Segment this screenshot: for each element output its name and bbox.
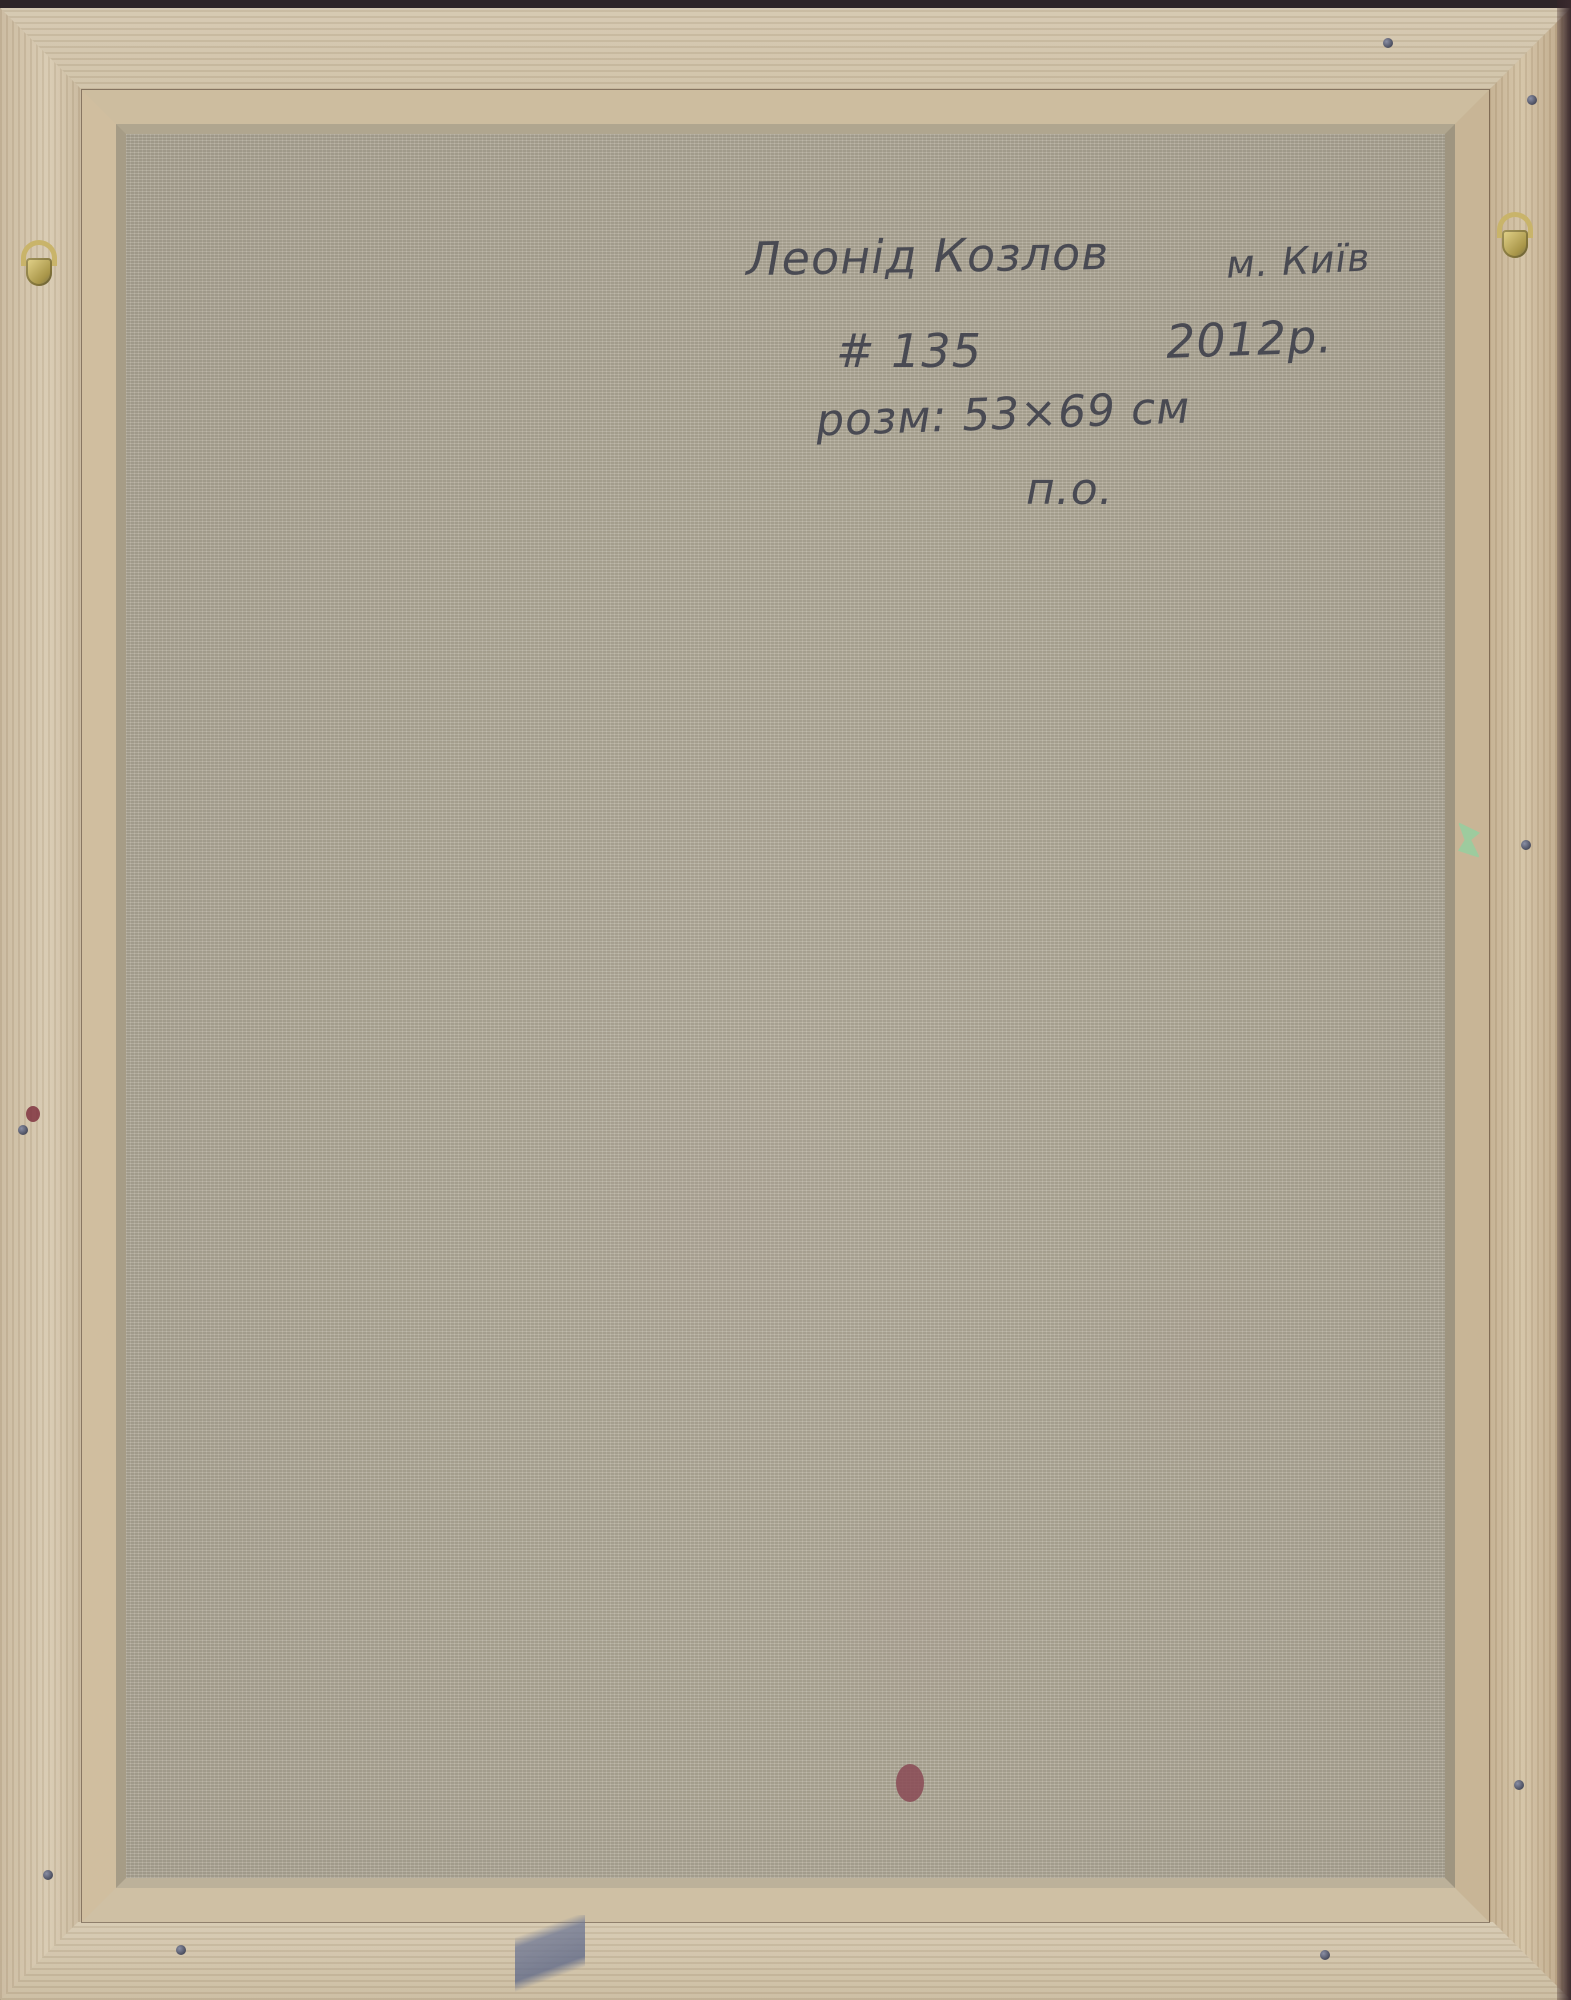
- nail-icon: [1514, 1780, 1524, 1790]
- frame-top-rail: [0, 8, 1571, 90]
- red-paint-spot: [26, 1106, 40, 1122]
- nail-icon: [43, 1870, 53, 1880]
- nail-icon: [176, 1945, 186, 1955]
- canvas-linen-back: Леонід Козлов м. Київ # 135 2012р. розм:…: [126, 134, 1445, 1878]
- nail-icon: [1527, 95, 1537, 105]
- nail-icon: [1521, 840, 1531, 850]
- inscription-artist-name: Леонід Козлов: [746, 226, 1110, 286]
- frame-shadow-edge: [1557, 0, 1571, 2000]
- frame-bottom-rail: [0, 1922, 1571, 2000]
- inscription-year: 2012р.: [1165, 309, 1334, 369]
- nail-icon: [1383, 38, 1393, 48]
- canvas-tint: [126, 134, 1445, 1878]
- nail-icon: [18, 1125, 28, 1135]
- right-d-ring-hanger-icon: [1494, 212, 1536, 260]
- red-paint-stain: [896, 1764, 924, 1802]
- inscription-catalog-number: # 135: [836, 324, 982, 378]
- blue-paint-mark: [515, 1915, 585, 2000]
- nail-icon: [1320, 1950, 1330, 1960]
- left-d-ring-hanger-icon: [18, 240, 60, 288]
- inscription-medium: п.о.: [1026, 464, 1114, 515]
- frame-left-rail: [0, 8, 82, 2000]
- artwork-back-photo: Леонід Козлов м. Київ # 135 2012р. розм:…: [0, 0, 1571, 2000]
- inscription-city: м. Київ: [1225, 235, 1372, 286]
